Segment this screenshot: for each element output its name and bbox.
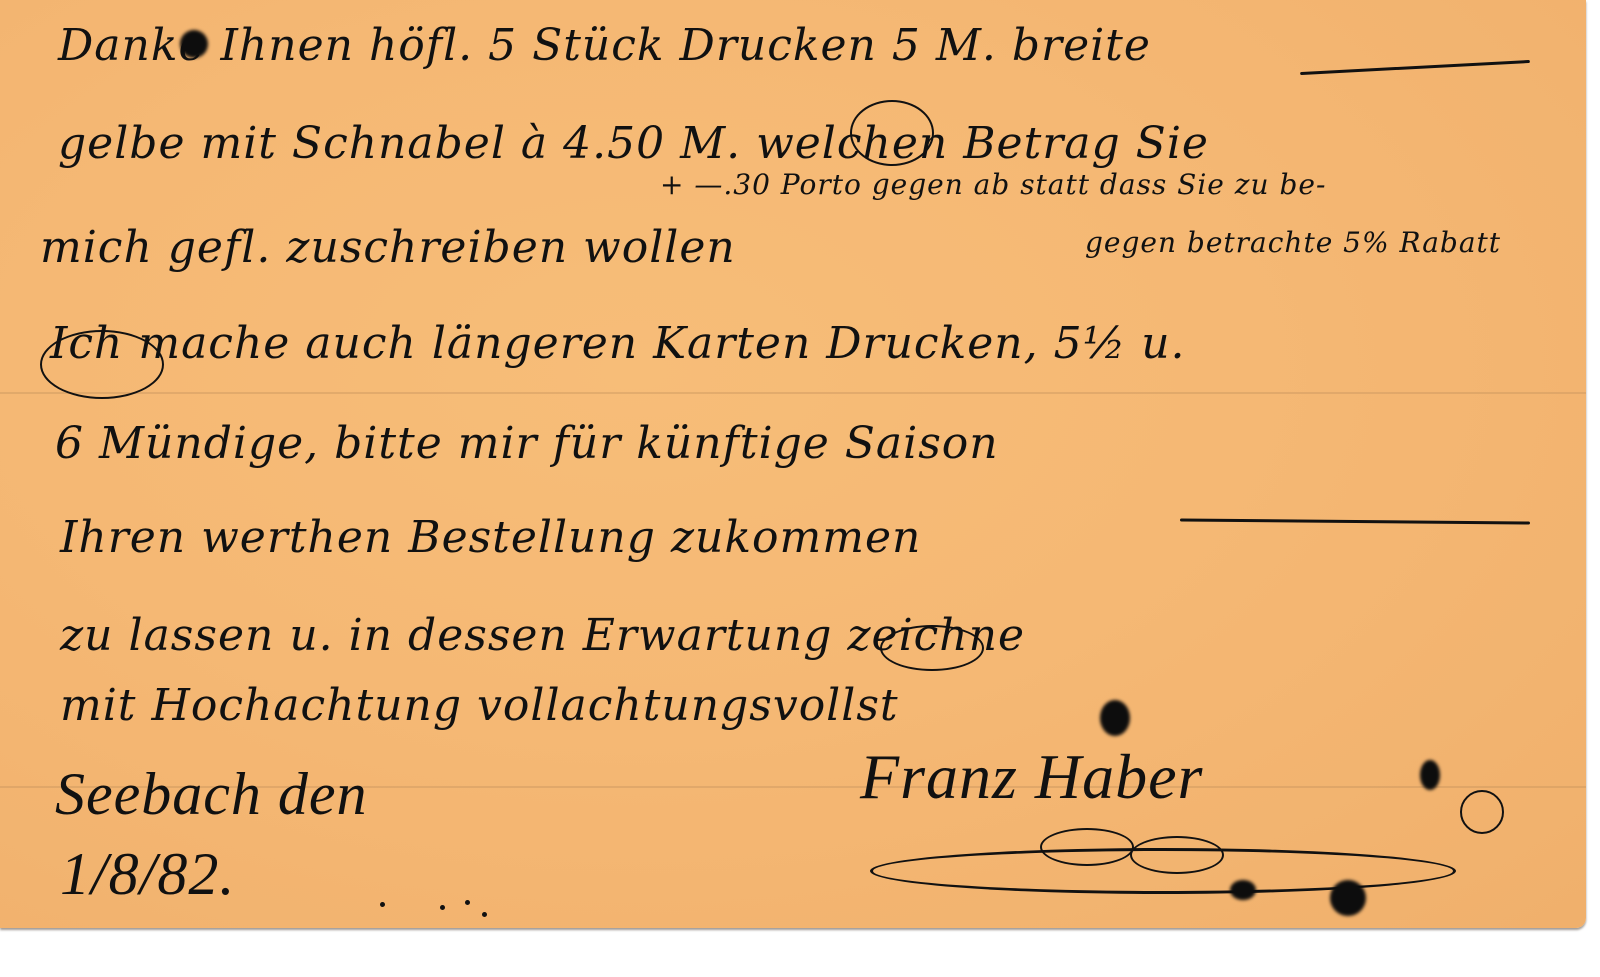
text-line-5: 6 Mündige, bitte mir für künftige Saison xyxy=(55,418,999,469)
signature-end-loop xyxy=(1460,790,1504,834)
signature-loop xyxy=(1130,836,1224,874)
text-line-8: mit Hochachtung vollachtungsvollst xyxy=(60,680,899,731)
ink-blot xyxy=(1330,880,1366,916)
signature: Franz Haber xyxy=(860,740,1203,814)
letter-loop xyxy=(880,625,984,671)
text-line-interlinear-1: + —.30 Porto gegen ab statt dass Sie zu … xyxy=(660,168,1326,201)
ink-dot xyxy=(440,905,445,910)
text-line-1: Danke Ihnen höfl. 5 Stück Drucken 5 M. b… xyxy=(58,20,1151,71)
ink-dot xyxy=(482,912,487,917)
letter-loop xyxy=(40,330,164,399)
ink-blot xyxy=(1230,880,1256,900)
signature-loop xyxy=(1040,828,1134,866)
ink-dot xyxy=(380,902,385,907)
ink-dot xyxy=(465,900,470,905)
ink-blot xyxy=(180,30,208,58)
postcard: Danke Ihnen höfl. 5 Stück Drucken 5 M. b… xyxy=(0,0,1586,928)
mark-loop xyxy=(850,100,934,166)
text-line-7: zu lassen u. in dessen Erwartung zeichne xyxy=(60,610,1025,661)
place-text: Seebach den xyxy=(55,760,368,829)
line-flourish xyxy=(1180,518,1530,524)
fold-line xyxy=(0,392,1586,394)
date-text: 1/8/82. xyxy=(60,840,235,909)
text-line-3: mich gefl. zuschreiben wollen xyxy=(40,222,736,273)
ink-blot xyxy=(1420,760,1440,790)
line-flourish xyxy=(1300,60,1530,75)
text-line-interlinear-2: gegen betrachte 5% Rabatt xyxy=(1085,226,1501,259)
text-line-4: Ich mache auch längeren Karten Drucken, … xyxy=(50,318,1186,369)
text-line-6: Ihren werthen Bestellung zukommen xyxy=(60,512,921,563)
text-line-2: gelbe mit Schnabel à 4.50 M. welchen Bet… xyxy=(58,118,1209,169)
ink-blot xyxy=(1100,700,1130,736)
